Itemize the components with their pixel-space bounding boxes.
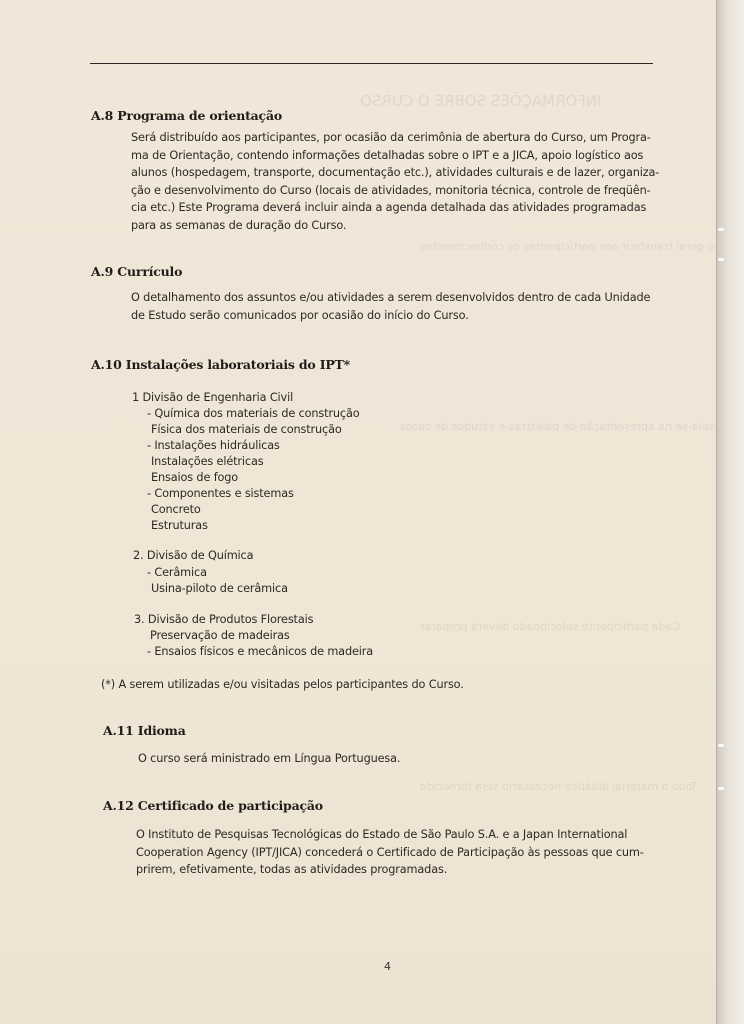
section-heading-a11: A.11 Idioma: [103, 723, 186, 738]
page-number: 4: [384, 960, 391, 973]
section-heading-a9: A.9 Currículo: [91, 264, 182, 279]
text-line: Será distribuído aos participantes, por …: [131, 129, 659, 147]
division-item: - Componentes e sistemas: [147, 487, 294, 500]
text-line: prirem, efetivamente, todas as atividade…: [136, 861, 644, 879]
staple-mark: [718, 787, 724, 790]
division-title: 2. Divisão de Química: [133, 549, 253, 562]
division-title: 3. Divisão de Produtos Florestais: [134, 613, 313, 626]
section-body-a11: O curso será ministrado em Língua Portug…: [138, 750, 400, 768]
page-edge-binding: [716, 0, 744, 1024]
staple-mark: [718, 744, 724, 747]
text-line: ção e desenvolvimento do Curso (locais d…: [131, 182, 659, 200]
text-line: O detalhamento dos assuntos e/ou ativida…: [131, 289, 650, 307]
division-item: Preservação de madeiras: [150, 629, 290, 642]
division-item: Usina-piloto de cerâmica: [151, 582, 288, 595]
document-page: INFORMAÇÕES SOBRE O CURSO O curso tem co…: [0, 0, 716, 1024]
division-item: - Instalações hidráulicas: [147, 439, 280, 452]
text-line: ma de Orientação, contendo informações d…: [131, 147, 659, 165]
text-line: O Instituto de Pesquisas Tecnológicas do…: [136, 826, 644, 844]
bleed-through-text: Cada participante selecionado deverá pre…: [420, 620, 680, 633]
staple-mark: [718, 228, 724, 231]
division-item: Ensaios de fogo: [151, 471, 238, 484]
text-line: Cooperation Agency (IPT/JICA) concederá …: [136, 844, 644, 862]
division-title: 1 Divisão de Engenharia Civil: [132, 391, 293, 404]
header-rule: [90, 63, 653, 64]
division-item: Física dos materiais de construção: [151, 423, 342, 436]
text-line: para as semanas de duração do Curso.: [131, 217, 659, 235]
division-item: - Química dos materiais de construção: [147, 407, 360, 420]
division-item: - Ensaios físicos e mecânicos de madeira: [147, 645, 373, 658]
text-line: alunos (hospedagem, transporte, document…: [131, 164, 659, 182]
division-item: Instalações elétricas: [151, 455, 263, 468]
text-line: cia etc.) Este Programa deverá incluir a…: [131, 199, 659, 217]
text-line: O curso será ministrado em Língua Portug…: [138, 750, 400, 768]
bleed-through-text: O curso tem como objetivo geral transfer…: [420, 240, 744, 253]
bleed-through-text: INFORMAÇÕES SOBRE O CURSO: [360, 92, 602, 110]
section-heading-a10: A.10 Instalações laboratoriais do IPT*: [91, 357, 350, 372]
bleed-through-text: Baseia-se na apresentação de palestras e…: [400, 420, 729, 433]
section-body-a8: Será distribuído aos participantes, por …: [131, 129, 659, 234]
footnote: (*) A serem utilizadas e/ou visitadas pe…: [101, 678, 464, 691]
section-heading-a8: A.8 Programa de orientação: [91, 108, 282, 123]
staple-mark: [718, 258, 724, 261]
division-item: Estruturas: [151, 519, 208, 532]
text-line: de Estudo serão comunicados por ocasião …: [131, 307, 650, 325]
section-body-a12: O Instituto de Pesquisas Tecnológicas do…: [136, 826, 644, 879]
division-item: Concreto: [151, 503, 201, 516]
bleed-through-text: Todo o material didático necessário será…: [420, 780, 697, 793]
section-body-a9: O detalhamento dos assuntos e/ou ativida…: [131, 289, 650, 324]
division-item: - Cerâmica: [147, 566, 207, 579]
section-heading-a12: A.12 Certificado de participação: [103, 798, 323, 813]
